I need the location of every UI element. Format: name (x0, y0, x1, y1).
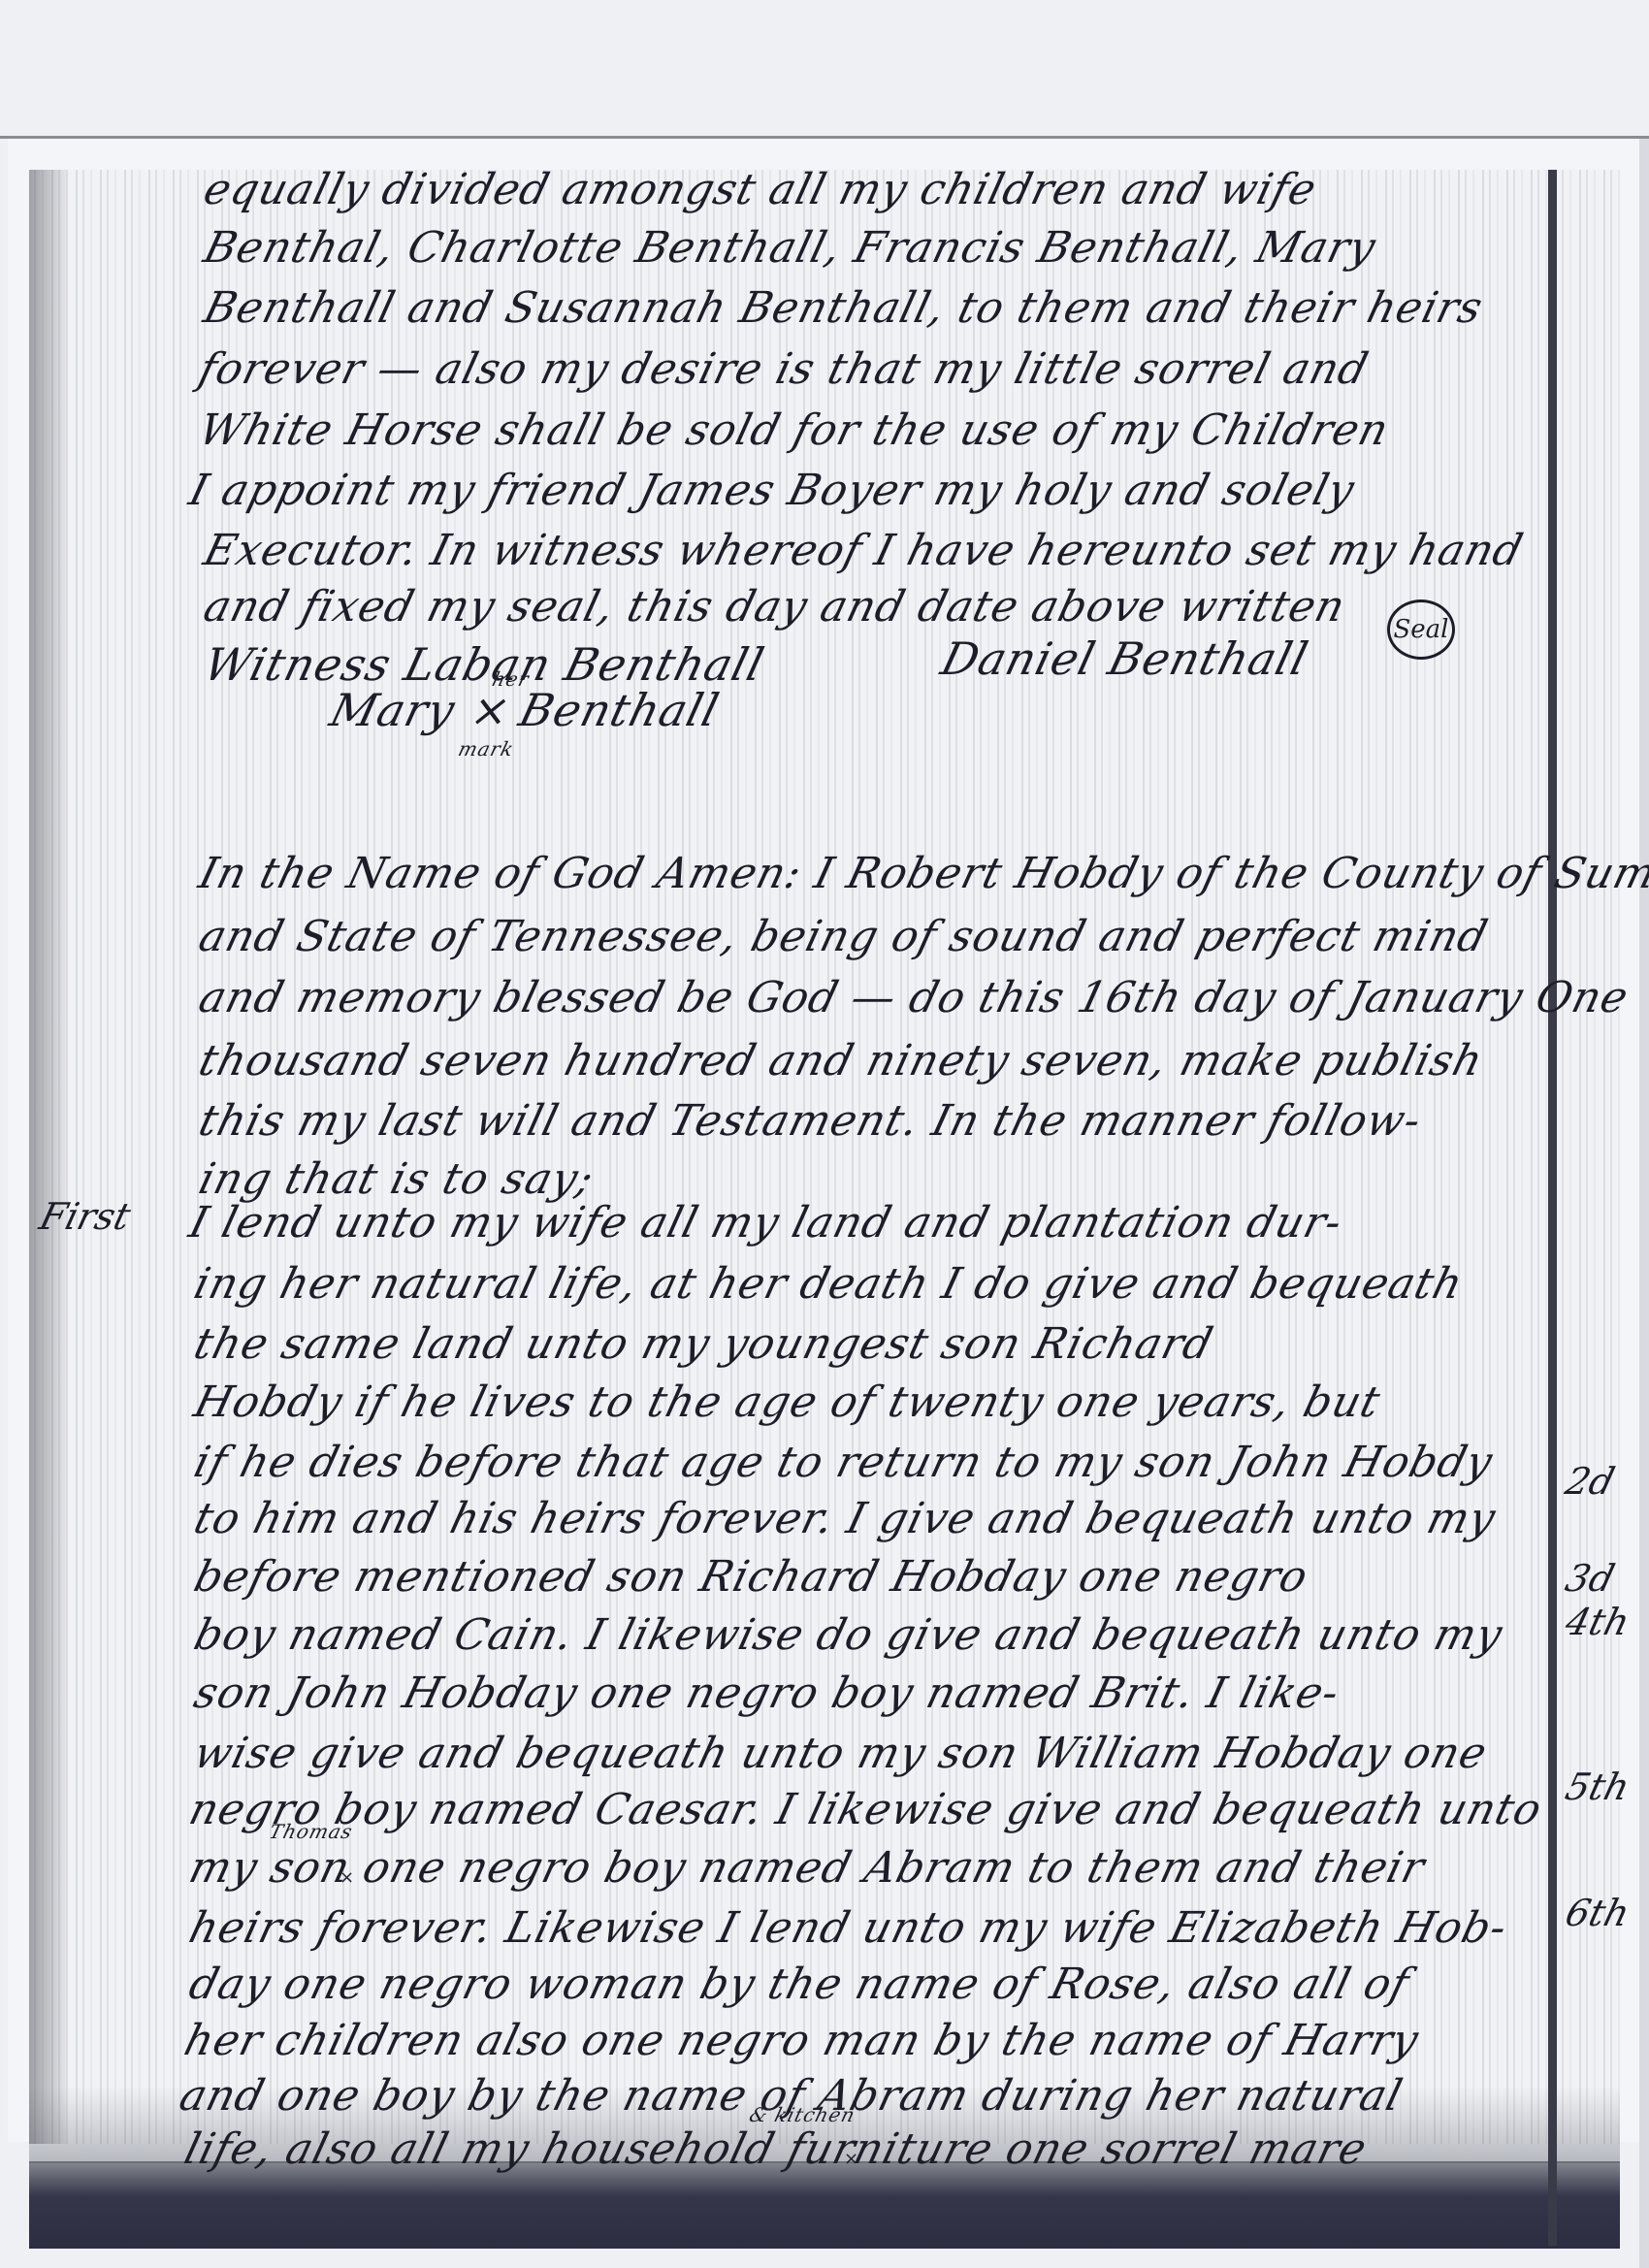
handwritten-line: forever — also my desire is that my litt… (194, 344, 1374, 394)
left-margin-note-first: First (36, 1195, 135, 1238)
testator-signature: Daniel Benthall (936, 632, 1313, 685)
handwritten-line: ing that is to say; (194, 1154, 598, 1204)
handwritten-line: this my last will and Testament. In the … (194, 1096, 1427, 1146)
right-margin-note: 4th (1562, 1601, 1634, 1643)
handwritten-line: if he dies before that age to return to … (189, 1438, 1498, 1487)
witness-signature: Witness Laban Benthall (199, 638, 770, 691)
handwritten-line: my son one negro boy named Abram to them… (184, 1843, 1430, 1893)
mark-signer-first-name: Mary (325, 684, 461, 736)
handwritten-line: heirs forever. Likewise I lend unto my w… (184, 1903, 1512, 1953)
right-margin-note: 5th (1562, 1766, 1634, 1808)
seal-mark: Seal (1387, 599, 1455, 660)
left-edge-shadow (29, 170, 68, 2144)
right-paper-edge (1639, 139, 1649, 2268)
handwritten-line: wise give and bequeath unto my son Willi… (189, 1729, 1493, 1778)
handwritten-line: equally divided amongst all my children … (199, 165, 1322, 214)
handwritten-line: day one negro woman by the name of Rose,… (184, 1960, 1414, 2009)
handwritten-line: to him and his heirs forever. I give and… (189, 1494, 1501, 1543)
right-margin-note: 6th (1562, 1892, 1634, 1934)
handwritten-line: the same land unto my youngest son Richa… (189, 1319, 1218, 1369)
handwritten-line: and State of Tennessee, being of sound a… (194, 912, 1493, 961)
handwritten-line: before mentioned son Richard Hobday one … (189, 1552, 1313, 1602)
handwritten-line: life, also all my household furniture on… (179, 2124, 1373, 2174)
handwritten-line: Benthal, Charlotte Benthall, Francis Ben… (199, 223, 1381, 273)
handwritten-line: negro boy named Caesar. I likewise give … (184, 1785, 1547, 1834)
handwritten-line: In the Name of God Amen: I Robert Hobdy … (194, 849, 1649, 898)
scanner-blank-area (0, 0, 1649, 138)
interlineation-kitchen: & kitchen (747, 2103, 857, 2126)
handwritten-line: son John Hobday one negro boy named Brit… (189, 1669, 1344, 1718)
handwritten-line: and memory blessed be God — do this 16th… (194, 973, 1633, 1022)
mark-below-label: mark (456, 737, 517, 761)
handwritten-line: thousand seven hundred and ninety seven,… (194, 1036, 1488, 1085)
handwritten-line: I appoint my friend James Boyer my holy … (184, 466, 1360, 515)
handwritten-line: Benthall and Susannah Benthall, to them … (199, 283, 1488, 333)
handwritten-line: and fixed my seal, this day and date abo… (199, 582, 1350, 632)
handwritten-line: I lend unto my wife all my land and plan… (184, 1198, 1347, 1247)
handwritten-line: boy named Cain. I likewise do give and b… (189, 1610, 1507, 1660)
handwritten-line: her children also one negro man by the n… (179, 2016, 1424, 2065)
interlineation-thomas: Thomas (267, 1820, 355, 1843)
handwritten-line: Executor. In witness whereof I have here… (199, 526, 1529, 575)
handwritten-line: Hobdy if he lives to the age of twenty o… (189, 1377, 1385, 1427)
right-margin-note: 2d (1562, 1460, 1619, 1503)
handwritten-line: White Horse shall be sold for the use of… (194, 405, 1394, 455)
handwritten-line: ing her natural life, at her death I do … (189, 1259, 1469, 1309)
mark-signer-last-name: Benthall (514, 684, 725, 736)
bottom-dark-band (29, 2161, 1620, 2249)
right-margin-rule (1548, 170, 1557, 2246)
